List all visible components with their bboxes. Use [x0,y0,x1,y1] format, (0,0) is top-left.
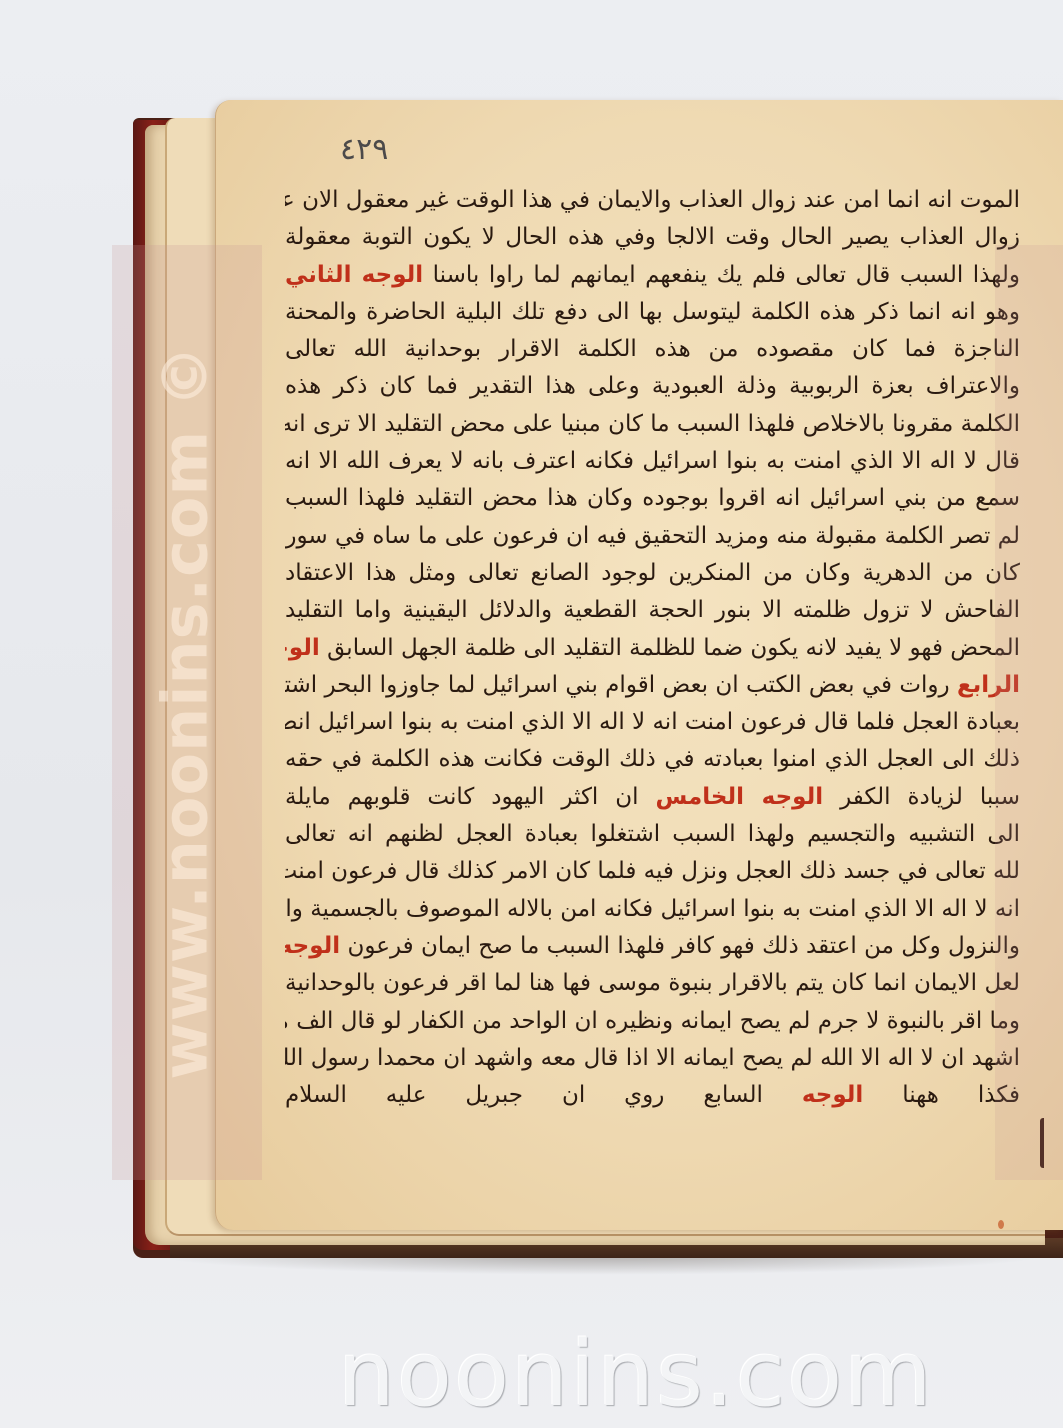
text-line: زوال العذاب يصير الحال وقت الالجا وفي هذ… [285,219,1020,256]
rubric-word: الوجه الثاني [285,262,423,288]
text-line: وهو انه انما ذكر هذه الكلمة ليتوسل بها ا… [285,294,1020,331]
text-line: بعبادة العجل فلما قال فرعون امنت انه لا … [285,704,1020,741]
watermark-band-right [995,245,1063,1180]
text-line: سمع من بني اسرائيل انه اقروا بوجوده وكان… [285,480,1020,517]
text-line: الرابع روات في بعض الكتب ان بعض اقوام بن… [285,667,1020,704]
text-line: اشهد ان لا اله الا الله لم يصح ايمانه ال… [285,1040,1020,1077]
text-line: الفاحش لا تزول ظلمته الا بنور الحجة القط… [285,592,1020,629]
text-line: المحض فهو لا يفيد لانه يكون ضما للظلمة ا… [285,630,1020,667]
text-line: انه لا اله الا الذي امنت به بنوا اسرائيل… [285,891,1020,928]
text-line: سببا لزيادة الكفر الوجه الخامس ان اكثر ا… [285,779,1020,816]
text-line: الكلمة مقرونا بالاخلاص فلهذا السبب ما كا… [285,406,1020,443]
text-line: كان من الدهرية وكان من المنكرين لوجود ال… [285,555,1020,592]
text-line: لعل الايمان انما كان يتم بالاقرار بنبوة … [285,965,1020,1002]
text-line: والاعتراف بعزة الربوبية وذلة العبودية وع… [285,368,1020,405]
watermark-bottom: noonins.com [338,1322,948,1427]
text-line: ولهذا السبب قال تعالى فلم يك ينفعهم ايما… [285,257,1020,294]
text-line: لله تعالى في جسد ذلك العجل ونزل فيه فلما… [285,853,1020,890]
text-line: قال لا اله الا الذي امنت به بنوا اسرائيل… [285,443,1020,480]
text-line: وما اقر بالنبوة لا جرم لم يصح ايمانه ونظ… [285,1003,1020,1040]
text-line: ذلك الى العجل الذي امنوا بعبادته في ذلك … [285,741,1020,778]
folio-number: ٤٢٩ [340,132,388,167]
text-line: الى التشبيه والتجسيم ولهذا السبب اشتغلوا… [285,816,1020,853]
text-line: الناجزة فما كان مقصوده من هذه الكلمة الا… [285,331,1020,368]
text-line: الموت انه انما امن عند زوال العذاب والاي… [285,182,1020,219]
paper-stain [998,1220,1004,1229]
watermark-vertical: www.noonins.com © [149,344,222,1079]
rubric-word: الوجه [285,635,320,661]
manuscript-text-block: الموت انه انما امن عند زوال العذاب والاي… [285,182,1020,1114]
text-line: لم تصر الكلمة مقبولة منه ومزيد التحقيق ف… [285,518,1020,555]
rubric-word: الوجه السادس [285,933,340,959]
text-line: فكذا ههنا الوجه السابع روي ان جبريل عليه… [285,1077,1020,1114]
rubric-word: الوجه الخامس [656,784,824,810]
rubric-word: الوجه [802,1082,863,1108]
text-line: والنزول وكل من اعتقد ذلك فهو كافر فلهذا … [285,928,1020,965]
